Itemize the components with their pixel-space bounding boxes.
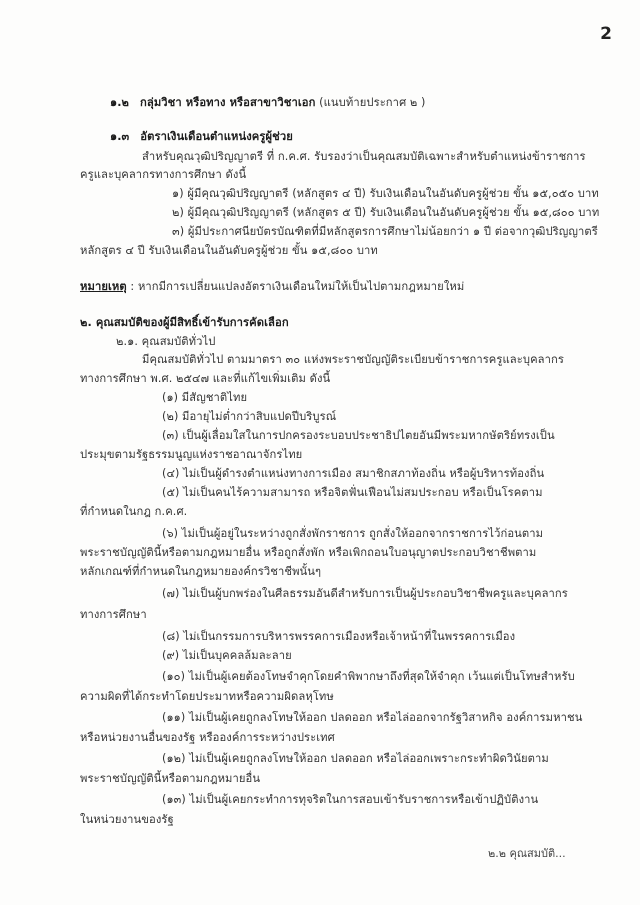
qualification-item-7-cont: ทางการศึกษา [80, 608, 147, 622]
section-1-2-note: (แนบท้ายประกาศ ๒ ) [319, 96, 425, 109]
qualification-item-12-cont: พระราชบัญญัตินี้หรือตามกฎหมายอื่น [80, 772, 260, 786]
qualification-item-3-cont: ประมุขตามรัฐธรรมนูญแห่งราชอาณาจักรไทย [80, 448, 302, 462]
continuation-reference: ๒.๒ คุณสมบัติ... [488, 844, 566, 862]
section-1-3-intro: สำหรับคุณวุฒิปริญญาตรี ที่ ก.ค.ศ. รับรอง… [142, 150, 586, 164]
section-1-3-number: ๑.๓ [110, 130, 129, 143]
qualification-item-12: (๑๒) ไม่เป็นผู้เคยถูกลงโทษให้ออก ปลดออก … [162, 752, 549, 766]
qualification-item-6-cont: พระราชบัญญัตินี้หรือตามกฎหมายอื่น หรือถู… [80, 546, 536, 560]
section-2-1-intro: มีคุณสมบัติทั่วไป ตามมาตรา ๓๐ แห่งพระราช… [142, 353, 564, 367]
section-1-3-intro-cont: ครูและบุคลากรทางการศึกษา ดังนี้ [80, 168, 246, 182]
qualification-item-10: (๑๐) ไม่เป็นผู้เคยต้องโทษจำคุกโดยคำพิพาก… [162, 670, 575, 684]
qualification-item-13-cont: ในหน่วยงานของรัฐ [80, 813, 174, 827]
qualification-item-1: (๑) มีสัญชาติไทย [162, 391, 247, 405]
remark-text: : หากมีการเปลี่ยนแปลงอัตราเงินเดือนใหม่ใ… [127, 280, 465, 293]
qualification-item-13: (๑๓) ไม่เป็นผู้เคยกระทำการทุจริตในการสอบ… [162, 793, 538, 807]
section-1-3-title: อัตราเงินเดือนตำแหน่งครูผู้ช่วย [140, 130, 293, 143]
qualification-item-5: (๕) ไม่เป็นคนไร้ความสามารถ หรือจิตฟั่นเฟ… [162, 486, 543, 500]
qualification-item-11-cont: หรือหน่วยงานอื่นของรัฐ หรือองค์การระหว่า… [80, 731, 335, 745]
section-1-2-heading: ๑.๒ กลุ่มวิชา หรือทาง หรือสาขาวิชาเอก (แ… [110, 96, 426, 110]
qualification-item-11: (๑๑) ไม่เป็นผู้เคยถูกลงโทษให้ออก ปลดออก … [162, 711, 582, 725]
qualification-item-6-cont2: หลักเกณฑ์ที่กำหนดในกฎหมายองค์กรวิชาชีพนั… [80, 565, 321, 579]
qualification-item-2: (๒) มีอายุไม่ต่ำกว่าสิบแปดปีบริบูรณ์ [162, 410, 336, 424]
qualification-item-6: (๖) ไม่เป็นผู้อยู่ในระหว่างถูกสั่งพักราช… [162, 527, 543, 541]
remark: หมายเหตุ : หากมีการเปลี่ยนแปลงอัตราเงินเ… [80, 280, 464, 294]
section-2-heading: ๒. คุณสมบัติของผู้มีสิทธิ์เข้ารับการคัดเ… [80, 316, 289, 330]
qualification-item-7: (๗) ไม่เป็นผู้บกพร่องในศีลธรรมอันดีสำหรั… [162, 587, 568, 601]
remark-label: หมายเหตุ [80, 280, 127, 293]
qualification-item-3: (๓) เป็นผู้เลื่อมใสในการปกครองระบอบประชา… [162, 429, 555, 443]
salary-item-1: ๑) ผู้มีคุณวุฒิปริญญาตรี (หลักสูตร ๔ ปี)… [172, 187, 599, 201]
qualification-item-5-cont: ที่กำหนดในกฎ ก.ค.ศ. [80, 505, 187, 519]
qualification-item-10-cont: ความผิดที่ได้กระทำโดยประมาทหรือความผิดลห… [80, 690, 334, 704]
salary-item-3-cont: หลักสูตร ๔ ปี รับเงินเดือนในอันดับครูผู้… [80, 244, 378, 258]
page-number: 2 [600, 24, 612, 44]
section-2-1-intro-cont: ทางการศึกษา พ.ศ. ๒๕๔๗ และที่แก้ไขเพิ่มเต… [80, 372, 330, 386]
section-1-3-heading: ๑.๓ อัตราเงินเดือนตำแหน่งครูผู้ช่วย [110, 130, 293, 144]
qualification-item-4: (๔) ไม่เป็นผู้ดำรงตำแหน่งทางการเมือง สมา… [162, 467, 544, 481]
qualification-item-9: (๙) ไม่เป็นบุคคลล้มละลาย [162, 649, 292, 663]
salary-item-2: ๒) ผู้มีคุณวุฒิปริญญาตรี (หลักสูตร ๕ ปี)… [172, 206, 599, 220]
section-2-1-heading: ๒.๑. คุณสมบัติทั่วไป [116, 335, 215, 349]
section-1-2-number: ๑.๒ [110, 96, 129, 109]
salary-item-3: ๓) ผู้มีประกาศนียบัตรบัณฑิตที่มีหลักสูตร… [172, 225, 598, 239]
qualification-item-8: (๘) ไม่เป็นกรรมการบริหารพรรคการเมืองหรือ… [162, 630, 515, 644]
section-1-2-title: กลุ่มวิชา หรือทาง หรือสาขาวิชาเอก [140, 96, 316, 109]
